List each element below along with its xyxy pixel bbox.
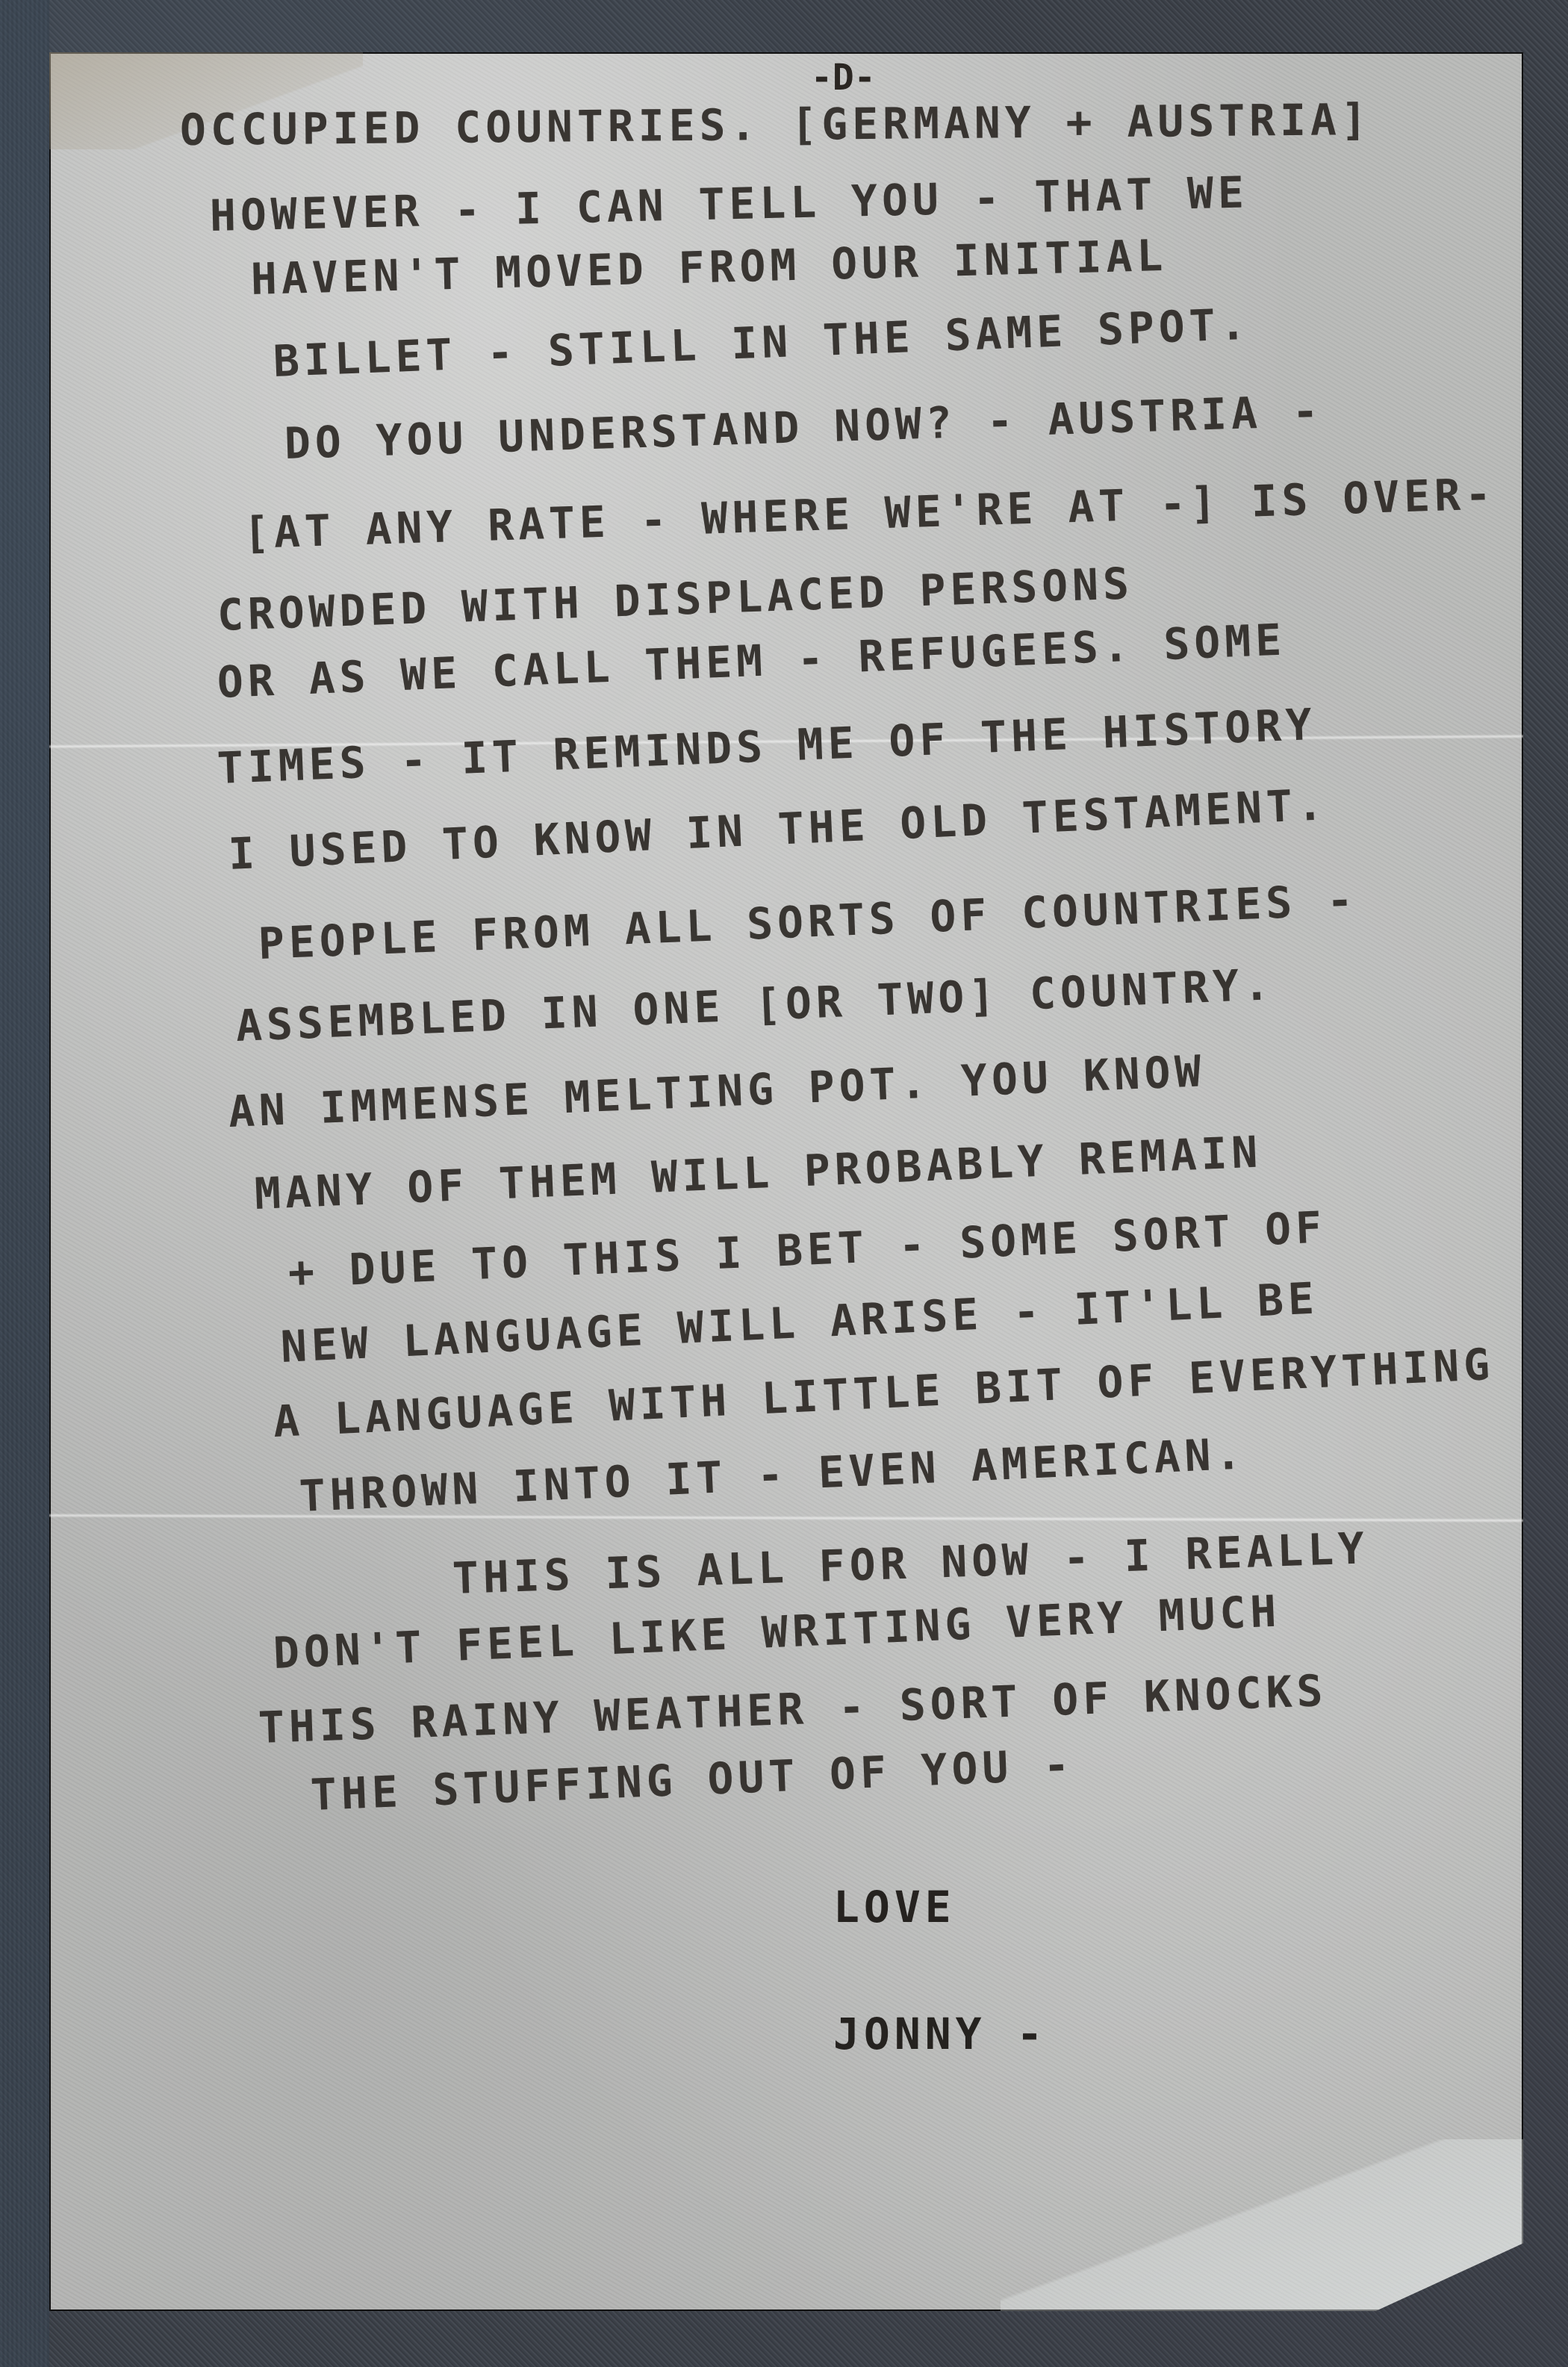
letter-line-3: haven't moved from our initial	[250, 230, 1168, 305]
letter-line-20: don't feel like writing very much	[273, 1585, 1282, 1678]
letter-line-1: Occupied countries. [Germany + Austria]	[180, 94, 1372, 155]
letter-line-13: An immense melting pot. You know	[228, 1045, 1207, 1137]
letter-line-10: I used to know in the Old Testament.	[227, 779, 1328, 880]
letter-line-11: People from all sorts of countries -	[258, 874, 1359, 969]
letter-line-12: assembled in one [or two] country.	[235, 959, 1275, 1051]
letter-line-6: [at any rate - where we're at -] is over…	[243, 468, 1496, 559]
letter-line-9: times - it reminds me of the history	[217, 699, 1318, 794]
letter-line-18: thrown into it - even American.	[298, 1428, 1246, 1521]
paper-corner-fold-bottom-right	[1001, 2139, 1523, 2311]
letter-line-21: this rainy weather - sort of knocks	[258, 1665, 1328, 1753]
letter-line-5: Do you understand now? - Austria -	[284, 385, 1324, 469]
letter-line-4: billet - still in the same spot.	[273, 299, 1251, 387]
page-marker: -D-	[811, 57, 876, 99]
letter-signature: Jonny -	[833, 2009, 1047, 2059]
letter-closing: Love	[833, 1882, 956, 1932]
letter-line-14: many of them will probably remain	[254, 1126, 1263, 1219]
background-mat	[0, 0, 49, 2367]
paper-crease	[49, 1514, 1523, 1523]
letter-line-2: However - I can tell you - that we	[209, 167, 1248, 241]
letter-page: -D- Occupied countries. [Germany + Austr…	[49, 52, 1523, 2311]
letter-line-22: the stuffing out of you -	[310, 1739, 1075, 1820]
